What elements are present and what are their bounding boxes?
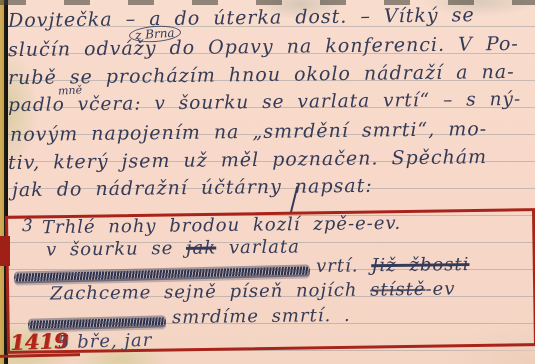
manuscript-page-scan: Dovjtečka – a do úterka dost. – Vítký se… bbox=[0, 0, 535, 364]
stanza-text: Zachceme sejně píseň nojích bbox=[50, 280, 370, 305]
struck-word: jak bbox=[186, 237, 216, 258]
manuscript-line: Dovjtečka – a do úterka dost. – Vítký se bbox=[8, 4, 475, 32]
stanza-text: v šourku se bbox=[46, 238, 186, 261]
manuscript-line: rubě se procházím hnou okolo nádraží a n… bbox=[8, 61, 515, 89]
manuscript-line: novým napojením na „smrdění smrti“, mo- bbox=[10, 118, 487, 146]
stanza-text: -ev bbox=[425, 279, 455, 300]
manuscript-line: slučín odvážy do Opavy na konferenci. V … bbox=[8, 33, 519, 61]
manuscript-line: padlo včera: v šourku se varlata vrtí“ –… bbox=[8, 89, 521, 116]
stanza-number: 3 bbox=[22, 216, 34, 236]
red-ink-mark-left-edge bbox=[0, 236, 10, 266]
stanza-line: smrdíme smrtí. . bbox=[172, 305, 351, 328]
manuscript-line: jak do nádražní účtárny napsat: bbox=[12, 175, 373, 201]
stanza-text: vrtí. bbox=[316, 255, 371, 277]
stanza-line: v šourku se jak varlata bbox=[46, 236, 300, 260]
stanza-text: varlata bbox=[216, 236, 300, 258]
stanza-line: vrtí. Již žbosti bbox=[316, 254, 470, 277]
struck-word: stístě bbox=[370, 279, 426, 301]
manuscript-line: tiv, který jsem už měl poznačen. Spěchám bbox=[8, 146, 487, 174]
stanza-line: Trhlé nohy brodou kozlí zpě-e-ev. bbox=[42, 213, 401, 238]
red-rule-line bbox=[0, 353, 80, 358]
struck-words: Již žbosti bbox=[371, 254, 469, 276]
footer-date-note: 5 bře, jar bbox=[58, 330, 153, 353]
